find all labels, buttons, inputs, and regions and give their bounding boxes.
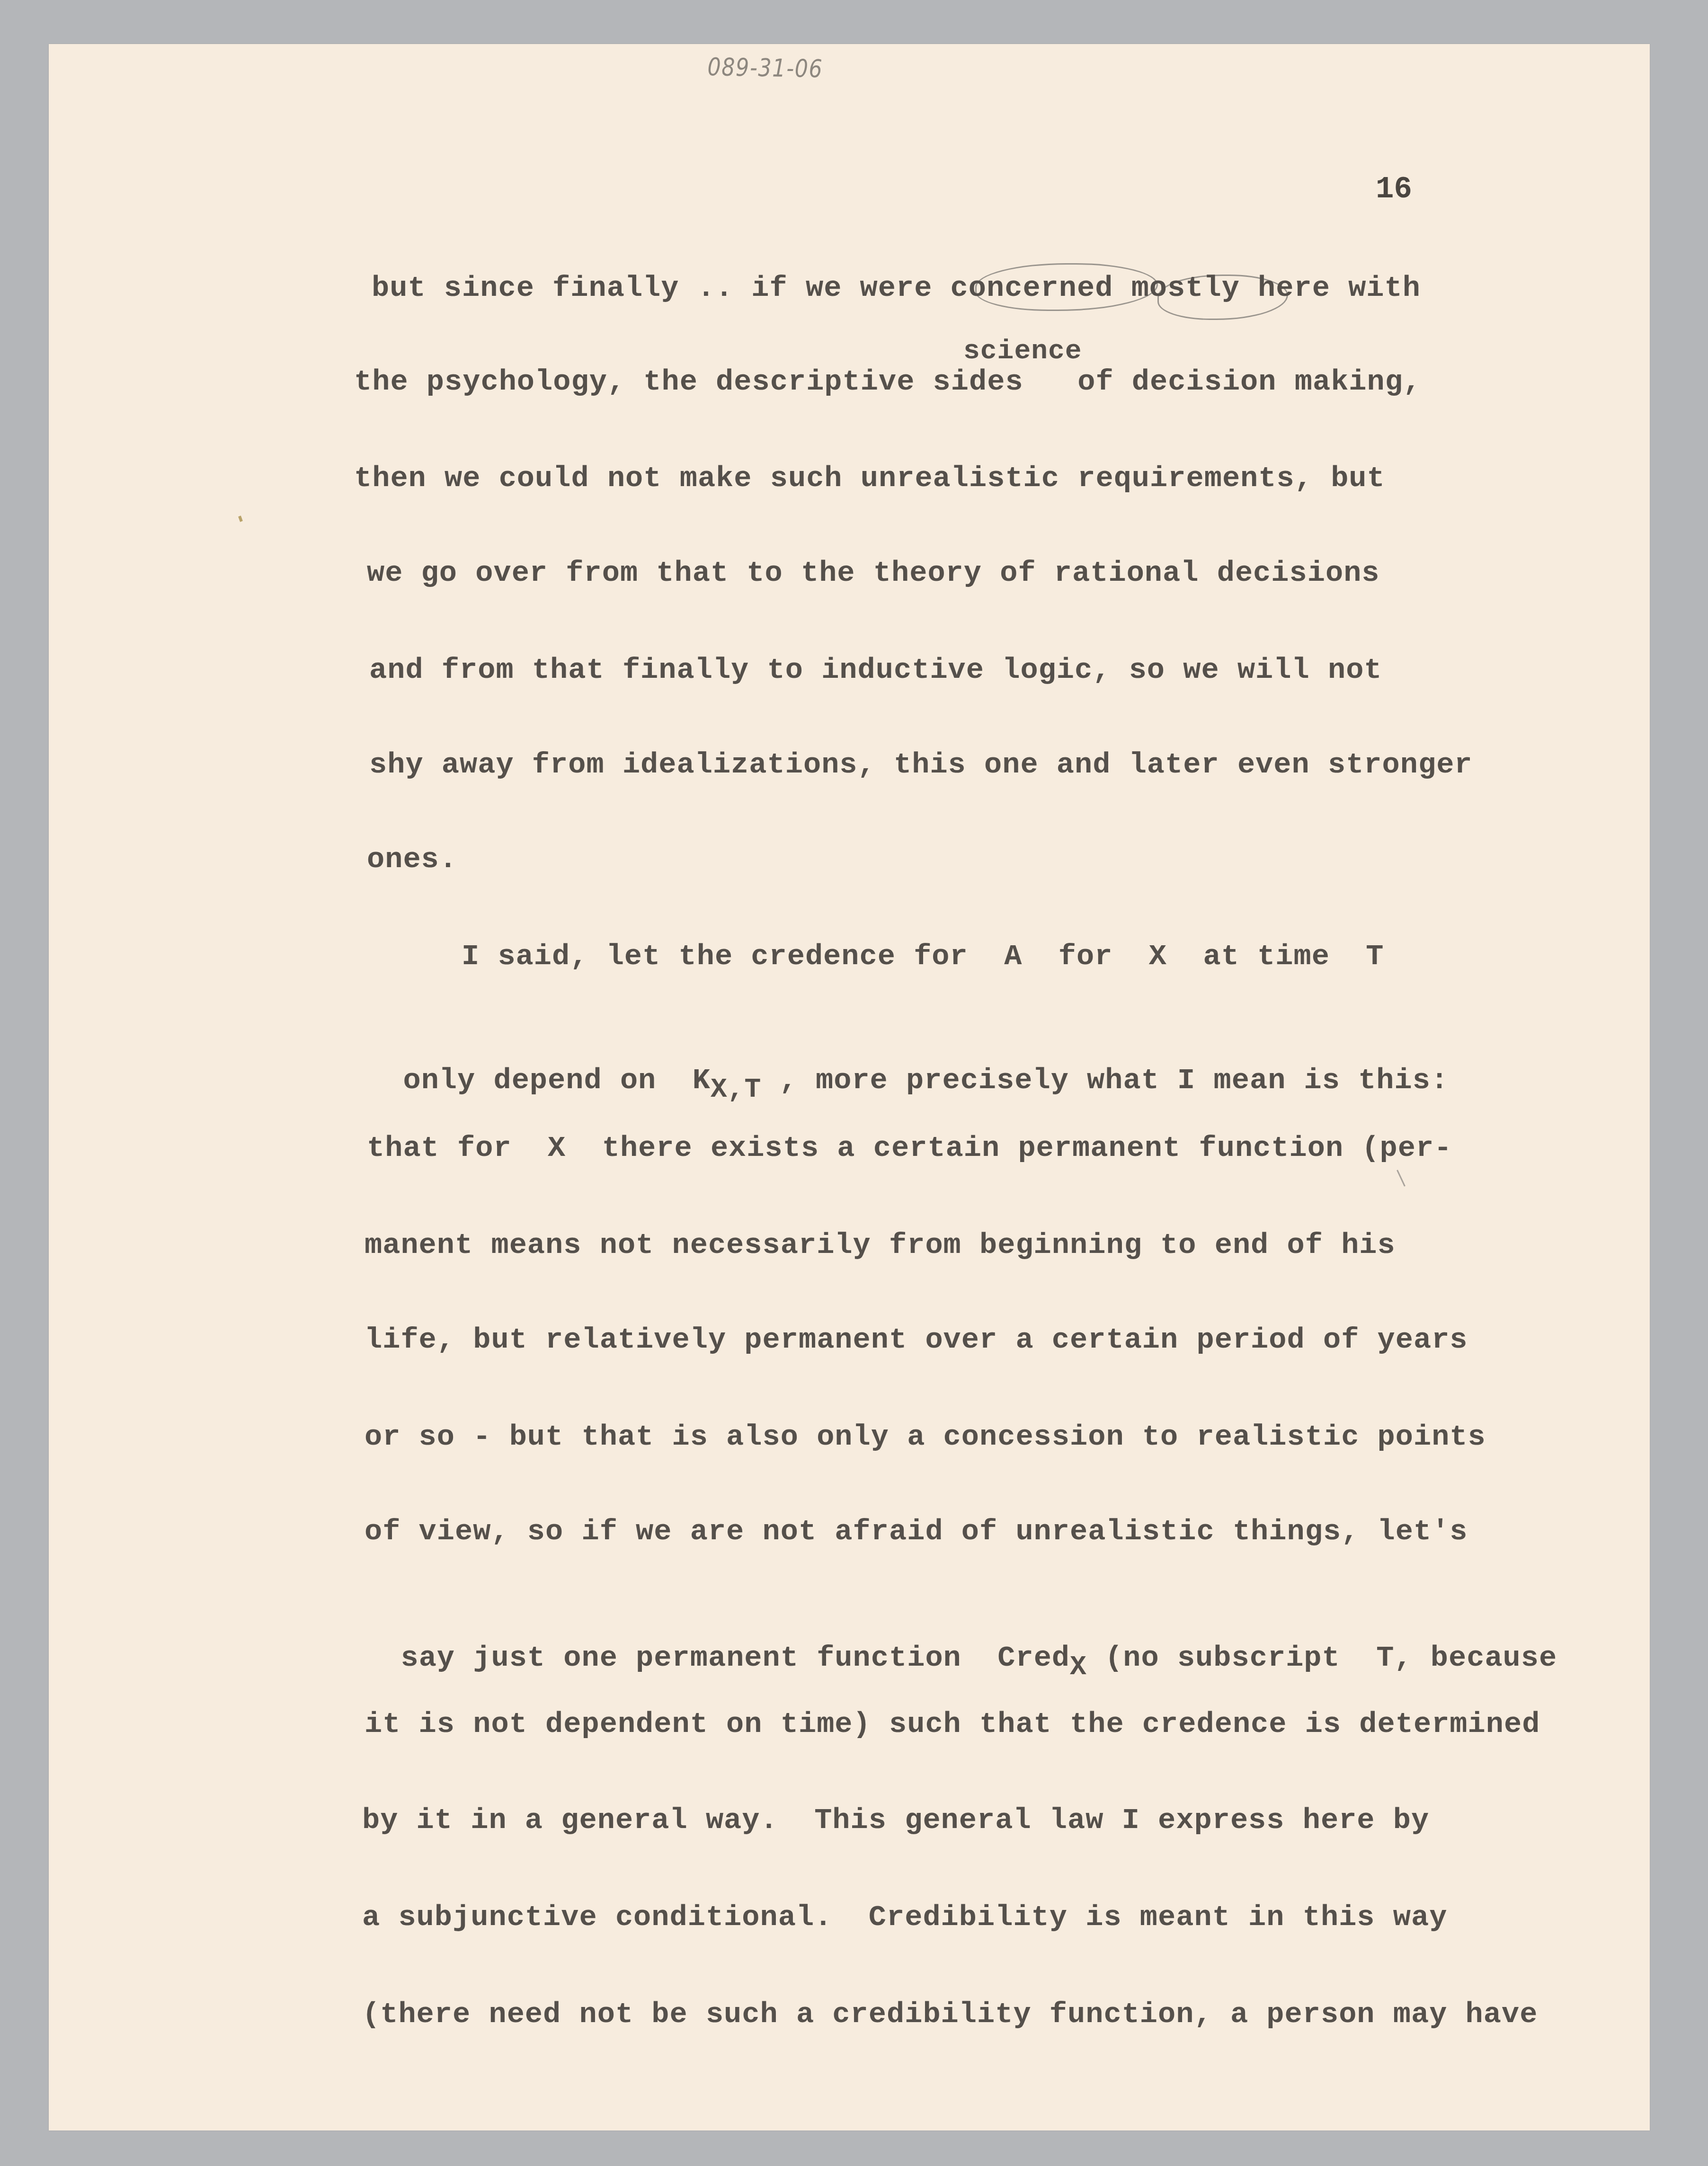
text-line-14: of view, so if we are not afraid of unre… — [365, 1517, 1468, 1546]
text-line-9-after: , more precisely what I mean is this: — [761, 1064, 1449, 1097]
text-line-19: (there need not be such a credibility fu… — [362, 2000, 1538, 2029]
text-line-4: we go over from that to the theory of ra… — [367, 559, 1380, 588]
text-line-6: shy away from idealizations, this one an… — [369, 750, 1473, 780]
text-line-15-after: (no subscript T, because — [1087, 1641, 1557, 1675]
handwritten-archive-number: 089-31-06 — [707, 53, 823, 83]
page-number: 16 — [1376, 173, 1412, 207]
text-line-2: the psychology, the descriptive sides of… — [354, 367, 1421, 397]
text-line-15-before: say just one permanent function Cred — [400, 1641, 1070, 1675]
text-line-11: manent means not necessarily from beginn… — [365, 1231, 1396, 1260]
text-line-5: and from that finally to inductive logic… — [369, 656, 1382, 685]
text-line-12: life, but relatively permanent over a ce… — [365, 1325, 1468, 1355]
text-line-1: but since finally .. if we were concerne… — [372, 274, 1421, 303]
text-line-15: say just one permanent function CredX (n… — [365, 1614, 1557, 1673]
typed-insertion-science: science — [963, 336, 1082, 367]
text-line-18: a subjunctive conditional. Credibility i… — [362, 1903, 1447, 1932]
text-line-10: that for X there exists a certain perman… — [367, 1134, 1452, 1163]
text-line-8: I said, let the credence for A for X at … — [462, 942, 1384, 971]
text-line-13: or so - but that is also only a concessi… — [365, 1422, 1486, 1452]
text-line-16: it is not dependent on time) such that t… — [365, 1710, 1540, 1739]
text-line-3: then we could not make such unrealistic … — [354, 464, 1385, 493]
subscript-x-t: X,T — [711, 1074, 761, 1105]
subscript-x: X — [1070, 1652, 1087, 1683]
text-line-17: by it in a general way. This general law… — [362, 1806, 1429, 1835]
text-line-9: only depend on KX,T , more precisely wha… — [367, 1037, 1449, 1095]
text-line-9-before: only depend on K — [403, 1064, 711, 1097]
text-line-7: ones. — [367, 845, 457, 874]
